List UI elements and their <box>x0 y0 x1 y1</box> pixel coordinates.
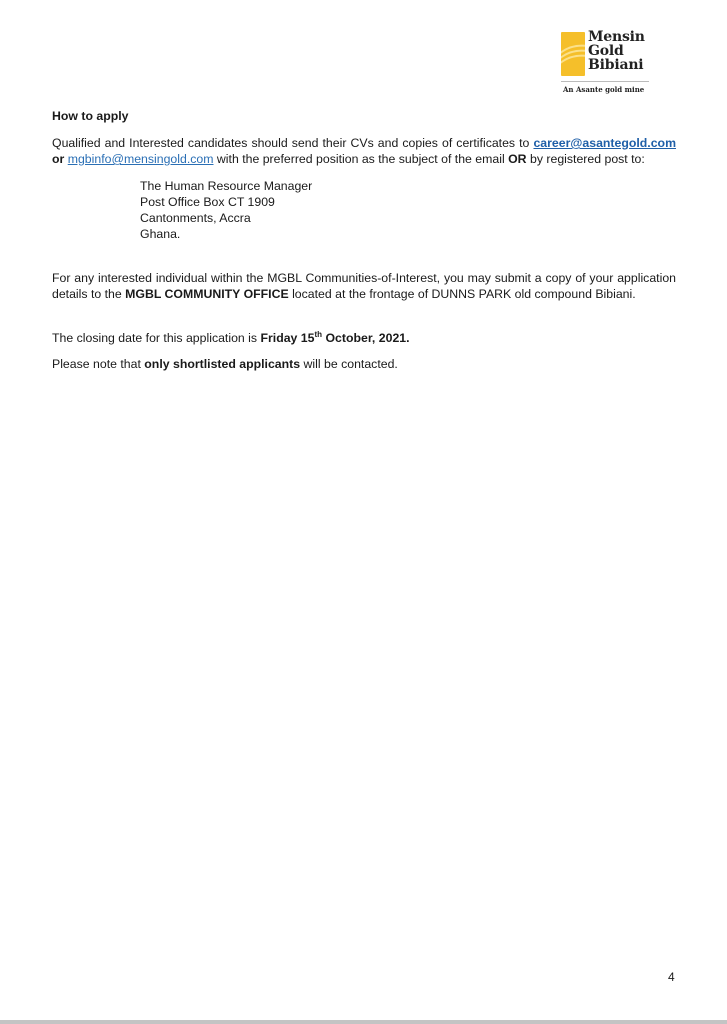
para-text: The closing date for this application is <box>52 331 260 345</box>
address-line: Ghana. <box>140 226 676 242</box>
para-text: will be contacted. <box>300 357 398 371</box>
closing-month-year: October, 2021. <box>322 331 410 345</box>
community-instructions: For any interested individual within the… <box>52 270 676 302</box>
page-bottom-edge <box>0 1020 727 1024</box>
career-email-link[interactable]: career@asantegold.com <box>533 136 676 150</box>
closing-date: The closing date for this application is… <box>52 330 676 346</box>
or-text: or <box>52 152 68 166</box>
address-line: The Human Resource Manager <box>140 178 676 194</box>
logo-mark-icon <box>561 32 585 76</box>
para-text: Qualified and Interested candidates shou… <box>52 136 533 150</box>
postal-address: The Human Resource Manager Post Office B… <box>140 167 676 242</box>
para-text: with the preferred position as the subje… <box>214 152 509 166</box>
closing-date-value: Friday 15th October, 2021. <box>260 331 409 345</box>
company-logo: Mensin Gold Bibiani An Asante gold mine <box>561 30 661 96</box>
address-line: Cantonments, Accra <box>140 210 676 226</box>
para-text: by registered post to: <box>527 152 645 166</box>
para-text: Please note that <box>52 357 144 371</box>
logo-line-bibiani: Bibiani <box>588 58 645 72</box>
shortlist-note: Please note that only shortlisted applic… <box>52 356 676 372</box>
address-line: Post Office Box CT 1909 <box>140 194 676 210</box>
community-office-text: MGBL COMMUNITY OFFICE <box>125 287 289 301</box>
logo-wordmark: Mensin Gold Bibiani <box>588 30 645 72</box>
logo-line-gold: Gold <box>588 44 645 58</box>
shortlist-bold-text: only shortlisted applicants <box>144 357 300 371</box>
document-body: How to apply Qualified and Interested ca… <box>52 108 676 372</box>
ordinal-suffix: th <box>314 330 322 339</box>
logo-line-mensin: Mensin <box>588 30 645 44</box>
page-number: 4 <box>668 970 675 984</box>
para-text: located at the frontage of DUNNS PARK ol… <box>289 287 636 301</box>
section-heading: How to apply <box>52 108 676 124</box>
logo-tagline: An Asante gold mine <box>563 85 644 94</box>
mgbinfo-email-link[interactable]: mgbinfo@mensingold.com <box>68 152 214 166</box>
apply-instructions: Qualified and Interested candidates shou… <box>52 135 676 167</box>
logo-divider <box>561 81 649 82</box>
closing-day: Friday 15 <box>260 331 314 345</box>
or-bold-text: OR <box>508 152 526 166</box>
